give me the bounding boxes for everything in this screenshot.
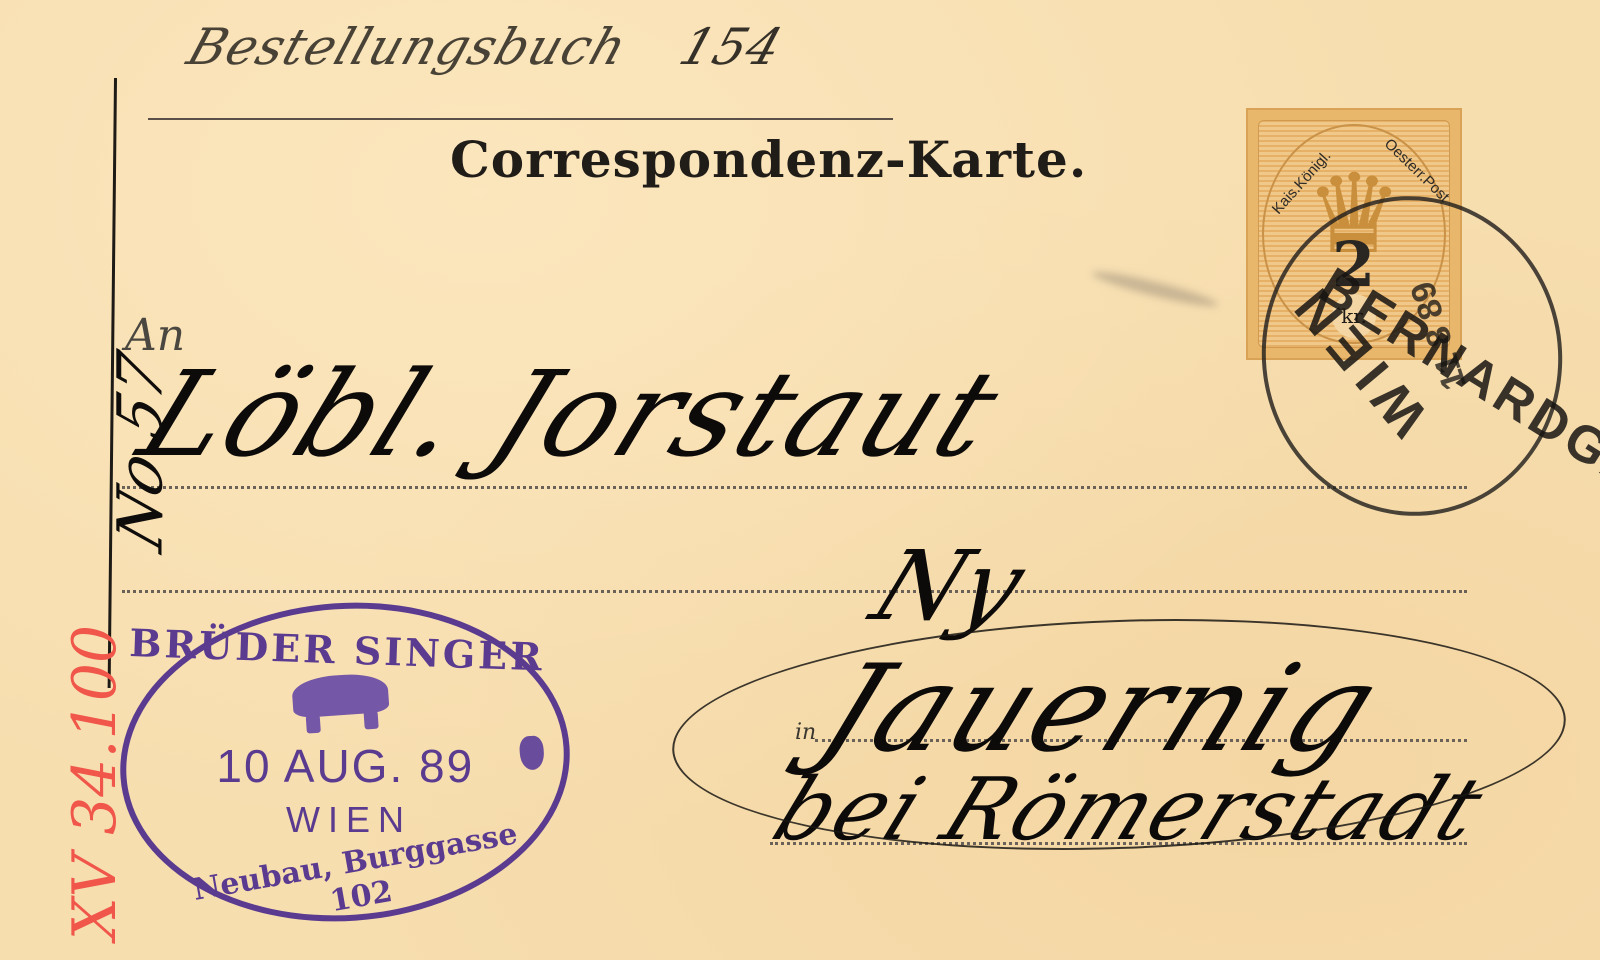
elephant-icon (291, 672, 390, 719)
heading-rule (148, 118, 893, 120)
firm-stamp: BRÜDER SINGER 10 AUG. 89 WIEN Neubau, Bu… (109, 588, 580, 937)
reference-note-text: Bestellungsbuch (181, 18, 635, 76)
correspondence-card: Bestellungsbuch 154 Correspondenz-Karte.… (0, 0, 1600, 960)
firm-stamp-date: 10 AUG. 89 (126, 739, 564, 793)
ink-smudge (1090, 266, 1220, 311)
firm-name: BRÜDER SINGER (118, 620, 557, 680)
recipient-name: Löbl. Jorstaut (122, 345, 1020, 483)
card-title: Correspondenz-Karte. (450, 130, 1087, 189)
address-line-2 (122, 590, 1467, 593)
recipient-line-2: Ny (857, 530, 1040, 642)
side-annotation-black: No 57 (104, 213, 177, 560)
reference-note-number: 154 (673, 18, 790, 76)
reference-note: Bestellungsbuch 154 (181, 18, 790, 76)
address-line-1 (122, 486, 1467, 489)
